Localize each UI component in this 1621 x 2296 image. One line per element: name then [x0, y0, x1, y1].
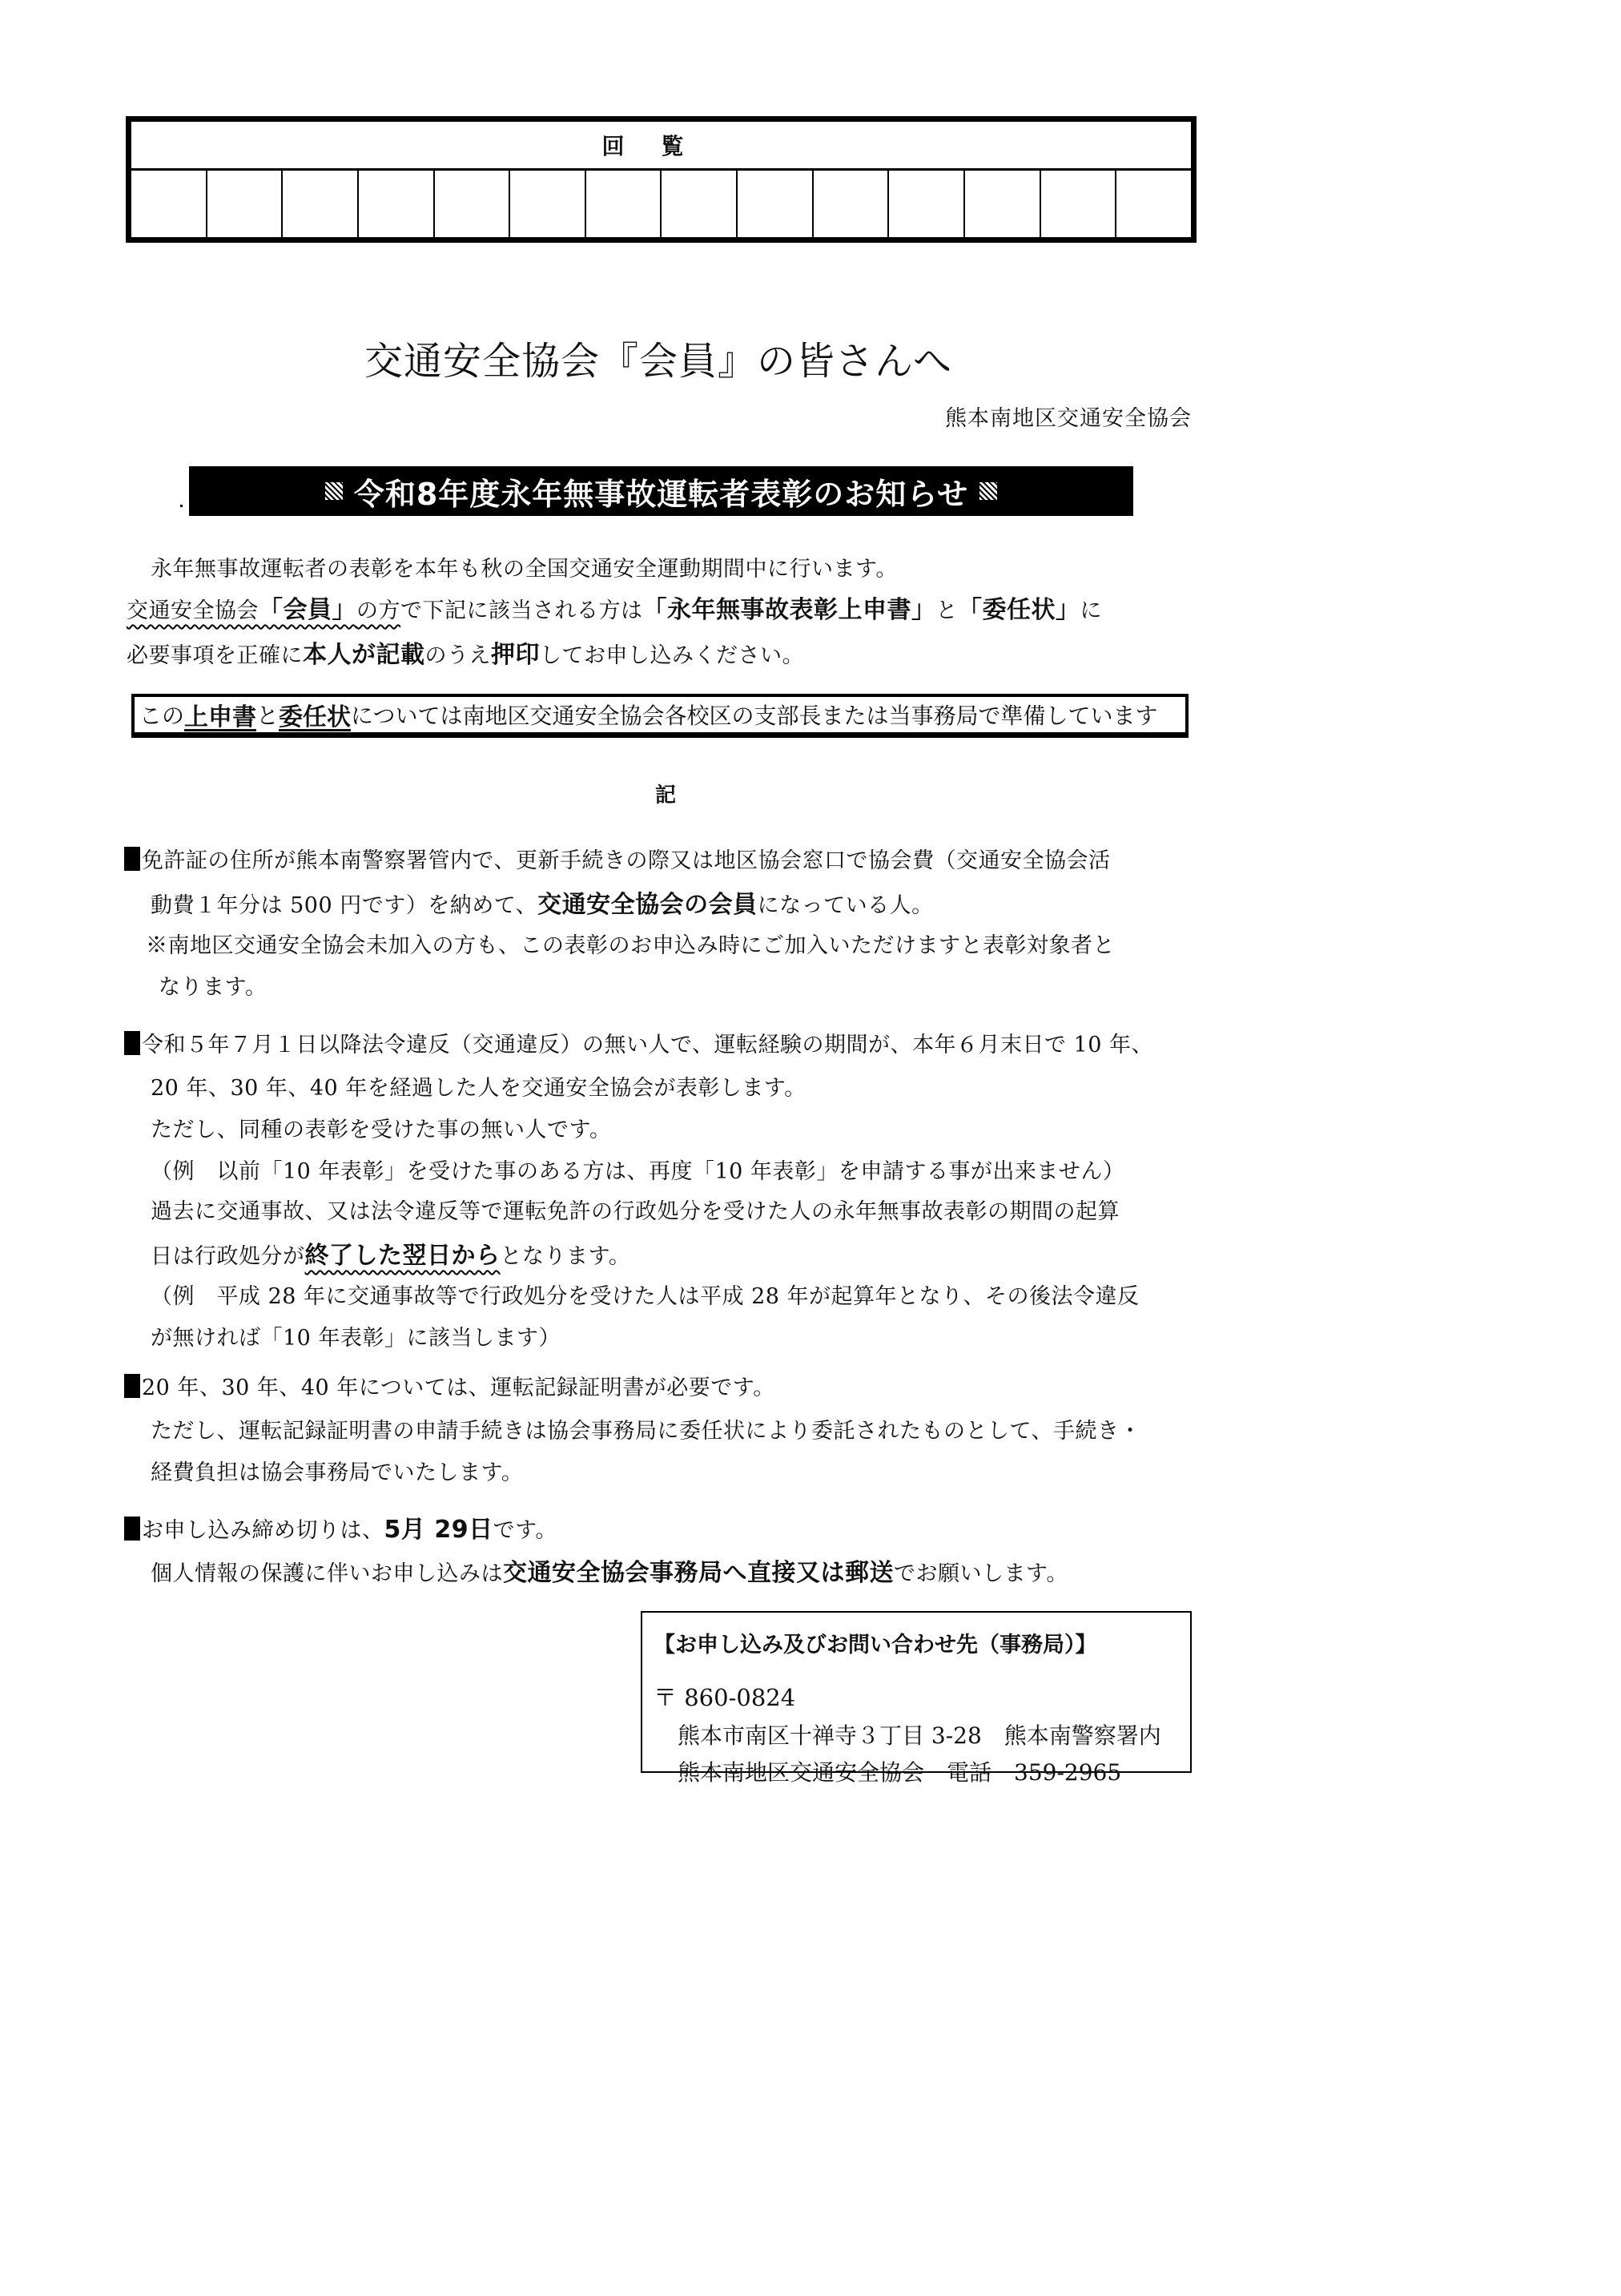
bullet-square-icon: [124, 1031, 140, 1055]
stamp-cell: [1041, 171, 1117, 237]
stamp-cell: [814, 171, 890, 237]
item-2-example-1: （例 以前「10 年表彰」を受けた事のある方は、再度「10 年表彰」を申請する事…: [151, 1154, 1124, 1185]
stamp-cell: [131, 171, 207, 237]
circulation-table: 回覧: [126, 116, 1197, 243]
stamp-cell: [283, 171, 359, 237]
contact-heading: 【お申し込み及びお問い合わせ先（事務局）】: [654, 1627, 1097, 1658]
details-heading: 記: [655, 779, 676, 808]
banner-text: 令和8年度永年無事故運転者表彰のお知らせ: [354, 469, 968, 514]
item-3-line-2: ただし、運転記録証明書の申請手続きは協会事務局に委任状により委託されたものとして…: [151, 1413, 1141, 1444]
hatched-square-icon: [325, 482, 343, 500]
item-2-line-6: 日は行政処分が終了した翌日からとなります。: [151, 1235, 630, 1271]
forms-availability-notice: この上申書と委任状については南地区交通安全協会各校区の支部長または当事務局で準備…: [131, 694, 1189, 738]
item-1-line-1: 免許証の住所が熊本南警察署管内で、更新手続きの際又は地区協会窓口で協会費（交通安…: [124, 843, 1110, 874]
stamp-cell: [359, 171, 435, 237]
item-1-note-2: なります。: [159, 969, 267, 1001]
item-4-line-2: 個人情報の保護に伴いお申し込みは交通安全協会事務局へ直接又は郵送でお願いします。: [151, 1553, 1068, 1588]
stamp-cell: [435, 171, 511, 237]
form-name-proxy: 「委任状」: [958, 596, 1080, 624]
item-3-line-3: 経費負担は協会事務局でいたします。: [151, 1455, 523, 1486]
item-2-line-3: ただし、同種の表彰を受けた事の無い人です。: [151, 1112, 611, 1143]
start-date-emphasis: 終了した翌日から: [305, 1242, 501, 1270]
document-title: 交通安全協会『会員』の皆さんへ: [364, 330, 952, 385]
stamp-cell: [889, 171, 965, 237]
stamp-cell: [662, 171, 738, 237]
issuer-name: 熊本南地区交通安全協会: [945, 401, 1192, 432]
bullet-square-icon: [124, 847, 140, 871]
scan-speck: [180, 505, 183, 507]
circulation-header: 回覧: [131, 122, 1191, 171]
item-1-line-2: 動費１年分は 500 円です）を納めて、交通安全協会の会員になっている人。: [151, 884, 934, 920]
item-2-example-2-cont: が無ければ「10 年表彰」に該当します）: [151, 1320, 561, 1351]
announcement-banner: 令和8年度永年無事故運転者表彰のお知らせ: [189, 466, 1133, 516]
item-2-line-2: 20 年、30 年、40 年を経過した人を交通安全協会が表彰します。: [151, 1070, 806, 1102]
intro-line-1: 永年無事故運転者の表彰を本年も秋の全国交通安全運動期間中に行います。: [151, 551, 898, 582]
item-2-line-5: 過去に交通事故、又は法令違反等で運転免許の行政処分を受けた人の永年無事故表彰の期…: [151, 1194, 1120, 1225]
stamp-cell: [207, 171, 284, 237]
intro-line-2: 交通安全協会「会員」の方で下記に該当される方は「永年無事故表彰上申書」と「委任状…: [127, 590, 1102, 625]
item-3-line-1: 20 年、30 年、40 年については、運転記録証明書が必要です。: [124, 1370, 775, 1401]
deadline-date: 5月 29日: [384, 1516, 493, 1544]
contact-phone: 熊本南地区交通安全協会 電話 359-2965: [678, 1755, 1121, 1787]
stamp-cell: [965, 171, 1041, 237]
contact-address: 熊本市南区十禅寺３丁目 3-28 熊本南警察署内: [678, 1718, 1161, 1750]
stamp-cell: [586, 171, 662, 237]
bullet-square-icon: [124, 1374, 140, 1398]
contact-box: 【お申し込み及びお問い合わせ先（事務局）】 〒 860-0824 熊本市南区十禅…: [641, 1611, 1192, 1773]
stamp-cell: [1116, 171, 1191, 237]
intro-line-3: 必要事項を正確に本人が記載のうえ押印してお申し込みください。: [127, 634, 804, 670]
item-4-line-1: お申し込み締め切りは、5月 29日です。: [124, 1509, 557, 1545]
stamp-cells: [131, 171, 1191, 237]
item-1-note-1: ※南地区交通安全協会未加入の方も、この表彰のお申込み時にご加入いただけますと表彰…: [146, 928, 1115, 959]
bullet-square-icon: [124, 1517, 140, 1541]
stamp-cell: [510, 171, 586, 237]
intro-member-phrase: 交通安全協会「会員」の方: [127, 598, 400, 623]
stamp-cell: [738, 171, 814, 237]
item-2-example-2: （例 平成 28 年に交通事故等で行政処分を受けた人は平成 28 年が起算年とな…: [151, 1279, 1140, 1310]
postal-code: 〒 860-0824: [654, 1680, 795, 1713]
item-2-line-1: 令和５年７月１日以降法令違反（交通違反）の無い人で、運転経験の期間が、本年６月末…: [124, 1027, 1153, 1058]
form-name-application: 「永年無事故表彰上申書」: [643, 596, 936, 624]
hatched-square-icon: [979, 482, 997, 500]
